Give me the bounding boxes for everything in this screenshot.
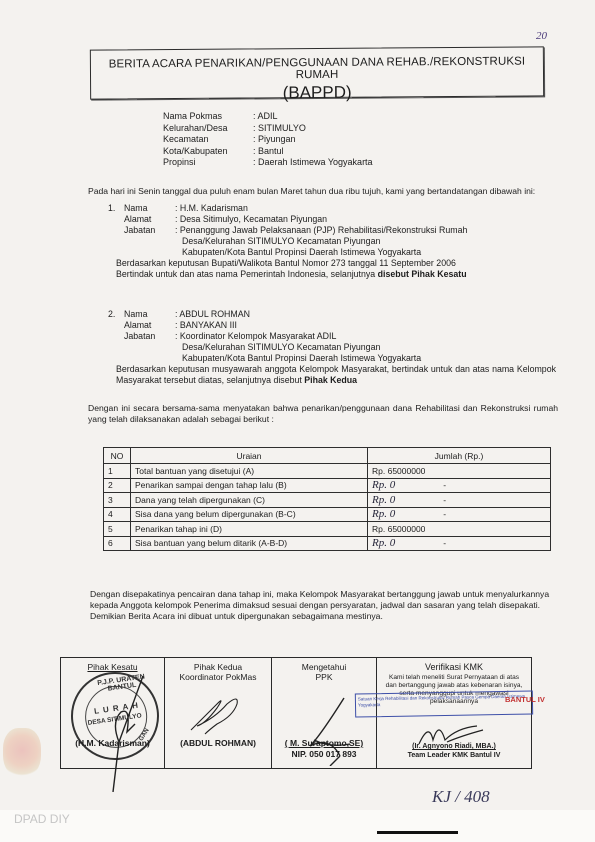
statement-paragraph: Dengan ini secara bersama-sama menyataka… xyxy=(88,403,558,425)
party-2-block: 2.Nama: ABDUL ROHMAN Alamat: BANYAKAN II… xyxy=(108,309,556,386)
party-1-block: 1.Nama: H.M. Kadarisman Alamat: Desa Sit… xyxy=(108,203,467,280)
table-row: 3 Dana yang telah dipergunakan (C) Rp. 0… xyxy=(104,493,551,508)
info-row: Propinsi: Daerah Istimewa Yogyakarta xyxy=(163,157,373,169)
archive-code: KJ / 408 xyxy=(432,787,490,807)
document-title: BERITA ACARA PENARIKAN/PENGGUNAAN DANA R… xyxy=(91,55,543,82)
table-row: 1 Total bantuan yang disetujui (A) Rp. 6… xyxy=(104,464,551,479)
table-header-row: NO Uraian Jumlah (Rp.) xyxy=(104,448,551,464)
page-number: 20 xyxy=(536,30,547,42)
table-row: 6 Sisa bantuan yang belum ditarik (A-B-D… xyxy=(104,536,551,551)
info-row: Kecamatan: Piyungan xyxy=(163,134,373,146)
signature-pihak-kesatu: Pihak Kesatu P.J.P. URATEN BANTUL L U R … xyxy=(61,658,165,768)
fund-table: NO Uraian Jumlah (Rp.) 1 Total bantuan y… xyxy=(103,447,551,551)
party-1-position: : Penanggung Jawab Pelaksanaan (PJP) Reh… xyxy=(175,225,467,236)
info-row: Kelurahan/Desa: SITIMULYO xyxy=(163,123,373,135)
dpad-logo-icon xyxy=(3,728,41,778)
party-2-name: : ABDUL ROHMAN xyxy=(175,309,250,320)
signature-scribble-icon xyxy=(91,672,161,792)
pokmas-info: Nama Pokmas: ADIL Kelurahan/Desa: SITIMU… xyxy=(163,111,373,169)
table-row: 5 Penarikan tahap ini (D) Rp. 65000000 xyxy=(104,522,551,537)
info-row: Kota/Kabupaten: Bantul xyxy=(163,146,373,158)
watermark: DPAD DIY xyxy=(14,812,70,826)
redaction-bar xyxy=(377,831,458,834)
info-row: Nama Pokmas: ADIL xyxy=(163,111,373,123)
closing-paragraph: Dengan disepakatinya pencairan dana taha… xyxy=(90,589,560,622)
signature-pihak-kedua: Pihak Kedua Koordinator PokMas (ABDUL RO… xyxy=(165,658,272,768)
document-title-box: BERITA ACARA PENARIKAN/PENGGUNAAN DANA R… xyxy=(90,46,544,99)
party-1-address: : Desa Sitimulyo, Kecamatan Piyungan xyxy=(175,214,327,225)
kmk-red-stamp: BANTUL IV xyxy=(505,695,545,704)
table-row: 2 Penarikan sampai dengan tahap lalu (B)… xyxy=(104,478,551,493)
document-subtitle: (BAPPD) xyxy=(91,81,543,104)
party-2-position: : Koordinator Kelompok Masyarakat ADIL xyxy=(175,331,336,342)
opening-paragraph: Pada hari ini Senin tanggal dua puluh en… xyxy=(88,186,535,197)
table-row: 4 Sisa dana yang belum dipergunakan (B-C… xyxy=(104,507,551,522)
party-1-name: : H.M. Kadarisman xyxy=(175,203,248,214)
signature-scribble-icon xyxy=(187,694,247,736)
party-2-address: : BANYAKAN III xyxy=(175,320,237,331)
